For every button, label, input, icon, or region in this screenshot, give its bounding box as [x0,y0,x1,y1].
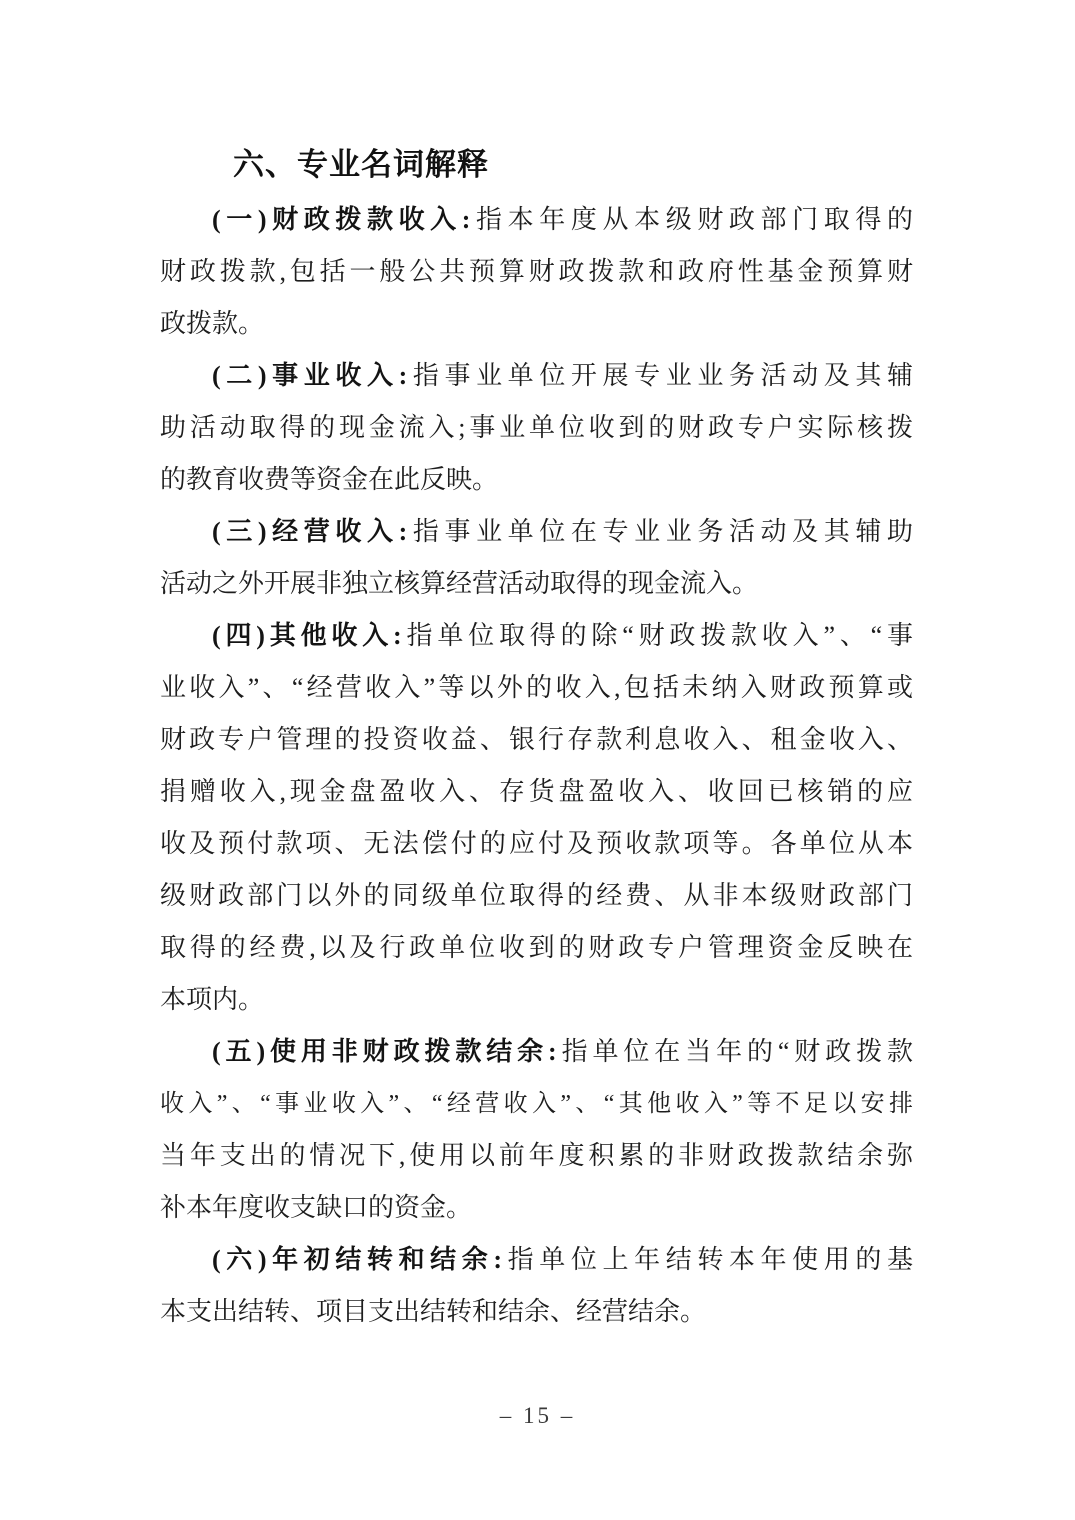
paragraph-2: (二)事业收入:指事业单位开展专业业务活动及其辅 助活动取得的现金流入;事业单位… [160,350,913,506]
document-page: 六、专业名词解释 (一)财政拨款收入:指本年度从本级财政部门取得的 财政拨款,包… [0,0,1075,1520]
text-line: 取得的经费,以及行政单位收到的财政专户管理资金反映在 [160,922,913,974]
text-line: 收及预付款项、无法偿付的应付及预收款项等。各单位从本 [160,818,913,870]
text-line: 收入”、“事业收入”、“经营收入”、“其他收入”等不足以安排 [160,1078,913,1130]
text-line: 财政专户管理的投资收益、银行存款利息收入、租金收入、 [160,714,913,766]
section-heading: 六、专业名词解释 [233,139,913,191]
paragraph-1: (一)财政拨款收入:指本年度从本级财政部门取得的 财政拨款,包括一般公共预算财政… [160,194,913,350]
term-label: (四)其他收入: [212,621,402,650]
paragraph-5: (五)使用非财政拨款结余:指单位在当年的“财政拨款 收入”、“事业收入”、“经营… [160,1026,913,1234]
page-number: – 15 – [0,1398,1075,1434]
text-line: 当年支出的情况下,使用以前年度积累的非财政拨款结余弥 [160,1130,913,1182]
term-label: (三)经营收入: [212,517,407,546]
text-line: 活动之外开展非独立核算经营活动取得的现金流入。 [160,558,913,610]
text-line: (三)经营收入:指事业单位在专业业务活动及其辅助 [160,506,913,558]
text-line: 捐赠收入,现金盘盈收入、存货盘盈收入、收回已核销的应 [160,766,913,818]
term-definition: 指本年度从本级财政部门取得的 [470,205,913,234]
text-line: 级财政部门以外的同级单位取得的经费、从非本级财政部门 [160,870,913,922]
paragraph-6: (六)年初结转和结余:指单位上年结转本年使用的基 本支出结转、项目支出结转和结余… [160,1234,913,1338]
text-line: (四)其他收入:指单位取得的除“财政拨款收入”、“事 [160,610,913,662]
term-label: (五)使用非财政拨款结余: [212,1037,557,1066]
text-line: 本支出结转、项目支出结转和结余、经营结余。 [160,1286,913,1338]
term-label: (二)事业收入: [212,361,407,390]
text-line: 财政拨款,包括一般公共预算财政拨款和政府性基金预算财 [160,246,913,298]
term-definition: 指单位在当年的“财政拨款 [557,1037,913,1066]
document-body: 六、专业名词解释 (一)财政拨款收入:指本年度从本级财政部门取得的 财政拨款,包… [160,139,913,1338]
text-line: (一)财政拨款收入:指本年度从本级财政部门取得的 [160,194,913,246]
text-line: 助活动取得的现金流入;事业单位收到的财政专户实际核拨 [160,402,913,454]
text-line: 的教育收费等资金在此反映。 [160,454,913,506]
text-line: (五)使用非财政拨款结余:指单位在当年的“财政拨款 [160,1026,913,1078]
text-line: 业收入”、“经营收入”等以外的收入,包括未纳入财政预算或 [160,662,913,714]
text-line: 本项内。 [160,974,913,1026]
term-definition: 指事业单位开展专业业务活动及其辅 [407,361,913,390]
term-label: (六)年初结转和结余: [212,1245,502,1274]
paragraph-4: (四)其他收入:指单位取得的除“财政拨款收入”、“事 业收入”、“经营收入”等以… [160,610,913,1026]
text-line: (二)事业收入:指事业单位开展专业业务活动及其辅 [160,350,913,402]
paragraph-3: (三)经营收入:指事业单位在专业业务活动及其辅助 活动之外开展非独立核算经营活动… [160,506,913,610]
term-definition: 指单位取得的除“财政拨款收入”、“事 [402,621,913,650]
term-definition: 指事业单位在专业业务活动及其辅助 [407,517,913,546]
text-line: 补本年度收支缺口的资金。 [160,1182,913,1234]
text-line: 政拨款。 [160,298,913,350]
term-label: (一)财政拨款收入: [212,205,470,234]
term-definition: 指单位上年结转本年使用的基 [502,1245,913,1274]
text-line: (六)年初结转和结余:指单位上年结转本年使用的基 [160,1234,913,1286]
